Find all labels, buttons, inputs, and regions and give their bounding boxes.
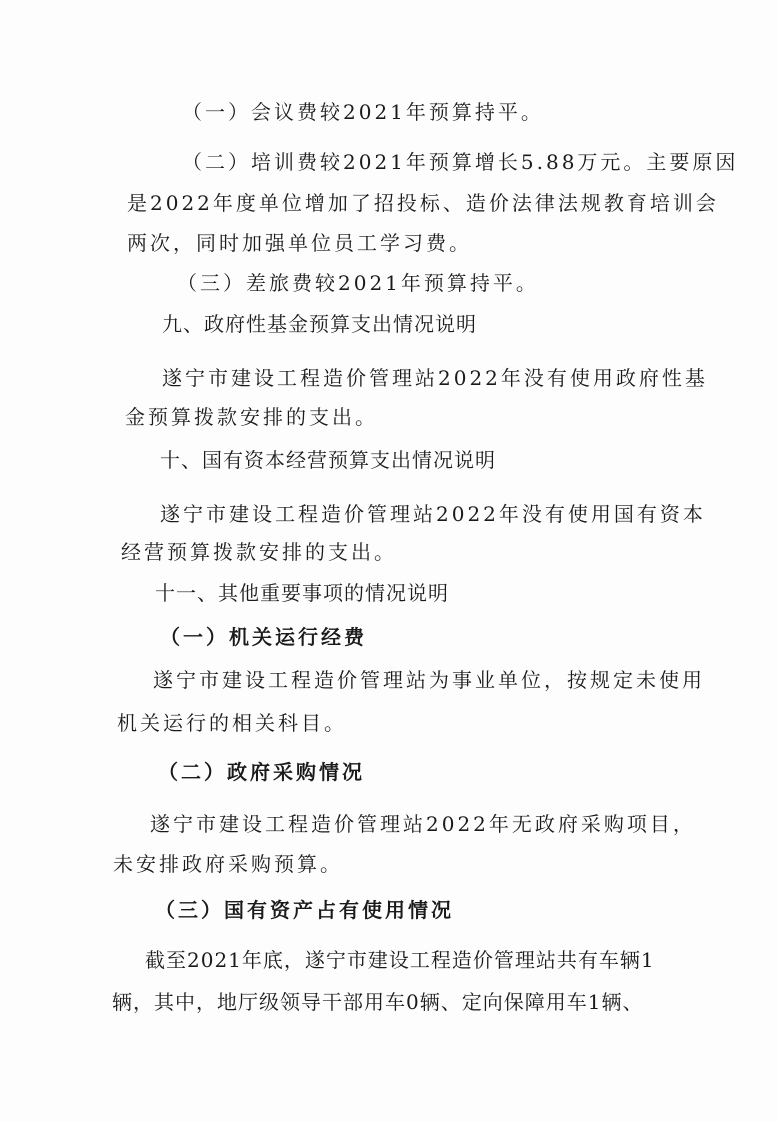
document-page: （一）会议费较2021年预算持平。 （二）培训费较2021年预算增长5.88万元… [0, 0, 777, 1122]
section-10-paragraph-line-1: 遂宁市建设工程造价管理站2022年没有使用国有资本 [160, 502, 706, 526]
section-heading-9: 九、政府性基金预算支出情况说明 [162, 312, 477, 336]
subsection-heading-operating-expenses: （一）机关运行经费 [160, 625, 367, 649]
section-heading-11: 十一、其他重要事项的情况说明 [155, 581, 449, 605]
subsection-heading-procurement: （二）政府采购情况 [158, 760, 365, 784]
subsection-1-paragraph-line-2: 机关运行的相关科目。 [117, 711, 347, 735]
subsection-heading-state-assets: （三）国有资产占有使用情况 [155, 898, 454, 922]
item-meeting-fee: （一）会议费较2021年预算持平。 [182, 100, 544, 124]
section-10-paragraph-line-2: 经营预算拨款安排的支出。 [121, 540, 397, 564]
item-training-fee-cont-1: 是2022年度单位增加了招投标、造价法律法规教育培训会 [127, 191, 719, 215]
section-9-paragraph-line-1: 遂宁市建设工程造价管理站2022年没有使用政府性基 [162, 366, 708, 390]
section-9-paragraph-line-2: 金预算拨款安排的支出。 [125, 405, 378, 429]
subsection-2-paragraph-line-2: 未安排政府采购预算。 [113, 852, 343, 876]
subsection-2-paragraph-line-1: 遂宁市建设工程造价管理站2022年无政府采购项目， [150, 812, 696, 836]
subsection-1-paragraph-line-1: 遂宁市建设工程造价管理站为事业单位，按规定未使用 [153, 668, 705, 692]
item-training-fee: （二）培训费较2021年预算增长5.88万元。主要原因 [182, 150, 738, 174]
subsection-3-paragraph-line-1: 截至2021年底，遂宁市建设工程造价管理站共有车辆1 [145, 948, 655, 972]
section-heading-10: 十、国有资本经营预算支出情况说明 [160, 448, 496, 472]
item-training-fee-cont-2: 两次，同时加强单位员工学习费。 [127, 231, 472, 255]
subsection-3-paragraph-line-2: 辆，其中，地厅级领导干部用车0辆、定向保障用车1辆、 [112, 990, 643, 1014]
item-travel-fee: （三）差旅费较2021年预算持平。 [177, 271, 539, 295]
